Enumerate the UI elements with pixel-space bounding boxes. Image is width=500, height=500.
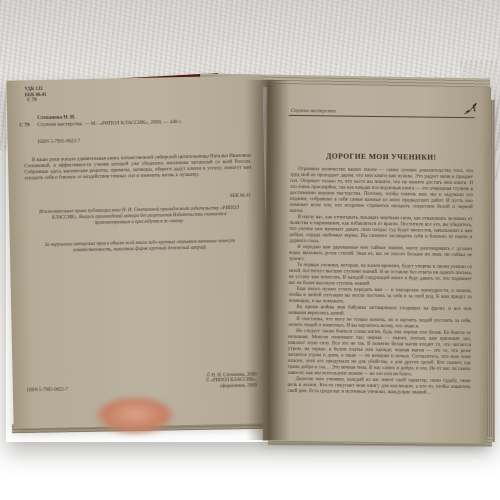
left-page: УДК 133 ББК 86.41 С 79 Степанова Н. И. С… <box>6 75 269 428</box>
body-paragraph: Еще много нужно успеть передать вам — и … <box>288 287 471 307</box>
running-header: Ступени мастерства <box>289 103 475 118</box>
left-page-content: УДК 133 ББК 86.41 С 79 Степанова Н. И. С… <box>6 75 269 428</box>
chapter-heading: ДОРОГИЕ МОИ УЧЕНИКИ! <box>288 151 474 162</box>
book-photo: УДК 133 ББК 86.41 С 79 Степанова Н. И. С… <box>0 0 500 500</box>
annotation-paragraph: В ваши руки попала удивительная книга по… <box>24 154 251 183</box>
copyright-design: оформление, 2000 <box>206 384 257 391</box>
body-paragraph: Не следует также бояться слова магия, бу… <box>288 329 472 379</box>
right-page: Ступени мастерства ДОРОГИЕ МОИ УЧЕНИКИ! … <box>263 85 491 444</box>
body-paragraph: Я научу вас, как отчитывать лежащих мерт… <box>289 215 472 247</box>
isbn-bottom: ISBN 5-7905-0622-7 <box>27 388 68 395</box>
running-header-title: Ступени мастерства <box>291 108 336 114</box>
body-text: Огромное количество ваших писем — самое … <box>287 167 473 397</box>
copyright-block: © Н. И. Степанова, 2000 © «РИПОЛ КЛАССИК… <box>206 372 257 390</box>
body-paragraph: Дорогие мои ученики, каждый из вас имеет… <box>287 377 470 397</box>
classification-codes: УДК 133 ББК 86.41 С 79 <box>25 87 47 104</box>
imprint-bottom-row: ISBN 5-7905-0622-7 © Н. И. Степанова, 20… <box>27 372 257 394</box>
isbn-top: ISBN 5-7905-0622-7 <box>38 139 81 146</box>
fingertip-blur <box>96 398 174 434</box>
right-page-content: Ступени мастерства ДОРОГИЕ МОИ УЧЕНИКИ! … <box>263 85 491 444</box>
rights-notice-1: Исключительное право публикации книг Н. … <box>35 206 243 228</box>
catalog-author: Степанова Н. И. <box>37 114 75 121</box>
author-sign-code: С 79 <box>25 98 47 104</box>
body-paragraph: Те первые ученики, которые, не жалея вре… <box>289 263 472 289</box>
flower-twig-icon <box>463 101 479 122</box>
body-paragraph: Огромное количество ваших писем — самое … <box>290 167 474 217</box>
body-paragraph: Я передаю вам дарованные мне тайные знан… <box>289 245 472 265</box>
catalog-code: С 79 <box>19 122 37 128</box>
rights-notice-2: За нарушение авторских прав в объеме все… <box>36 239 244 255</box>
bbk-right-aligned: ББК 86.41 <box>230 194 251 200</box>
